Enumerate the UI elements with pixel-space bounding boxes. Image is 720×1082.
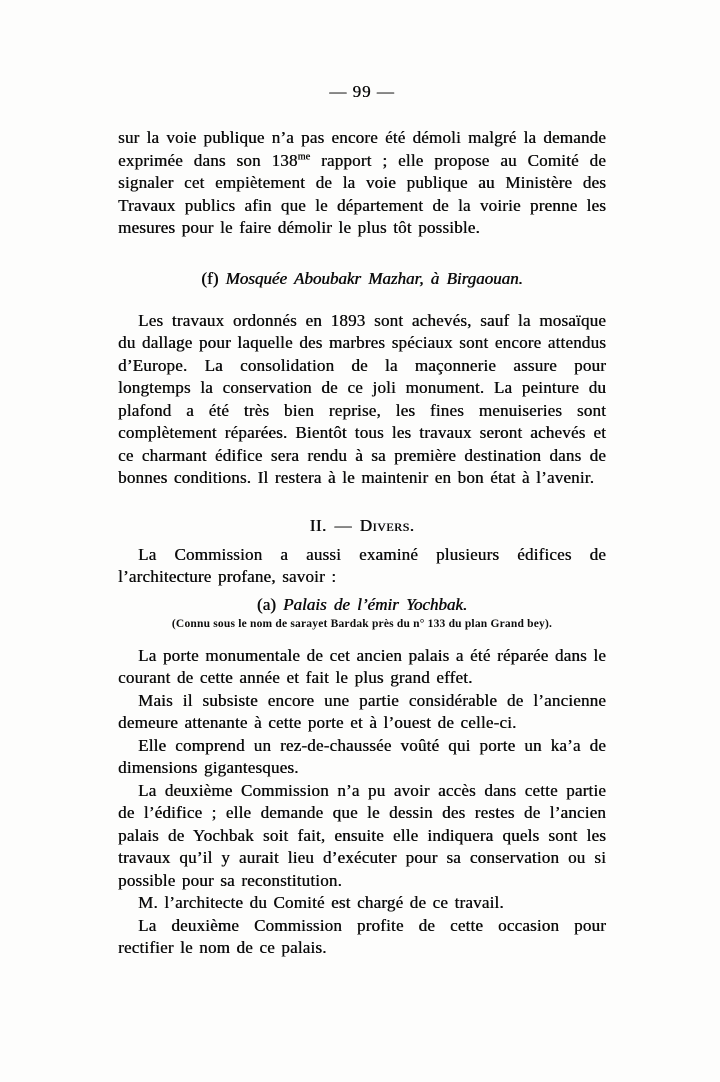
section-heading-divers: II. — Divers. xyxy=(118,516,606,536)
section-heading-f: (f) Mosquée Aboubakr Mazhar, à Birgaouan… xyxy=(118,269,606,289)
section-heading-a: (a) Palais de l’émir Yochbak. xyxy=(118,595,606,615)
text-block: — 99 — sur la voie publique n’a pas enco… xyxy=(118,82,606,960)
section-title: Palais de l’émir Yochbak. xyxy=(283,595,467,614)
scanned-page: — 99 — sur la voie publique n’a pas enco… xyxy=(0,0,720,1082)
superscript-ordinal: me xyxy=(298,151,311,162)
section-title: Mosquée Aboubakr Mazhar, à Birgaouan. xyxy=(226,269,523,288)
body-paragraph-1: sur la voie publique n’a pas encore été … xyxy=(118,127,606,240)
body-paragraph-9: La deuxième Commission profite de cette … xyxy=(118,915,606,960)
body-paragraph-8: M. l’architecte du Comité est chargé de … xyxy=(118,892,606,915)
body-paragraph-5: Mais il subsiste encore une partie consi… xyxy=(118,690,606,735)
body-paragraph-2: Les travaux ordonnés en 1893 sont achevé… xyxy=(118,310,606,490)
section-label: (f) xyxy=(201,269,225,288)
heading-caption: (Connu sous le nom de sarayet Bardak prè… xyxy=(118,618,606,630)
body-paragraph-6: Elle comprend un rez-de-chaussée voûté q… xyxy=(118,735,606,780)
body-paragraph-4: La porte monumentale de cet ancien palai… xyxy=(118,645,606,690)
body-paragraph-3: La Commission a aussi examiné plusieurs … xyxy=(118,544,606,589)
section-label: (a) xyxy=(257,595,283,614)
body-paragraph-7: La deuxième Commission n’a pu avoir accè… xyxy=(118,780,606,893)
page-number: — 99 — xyxy=(118,82,606,102)
